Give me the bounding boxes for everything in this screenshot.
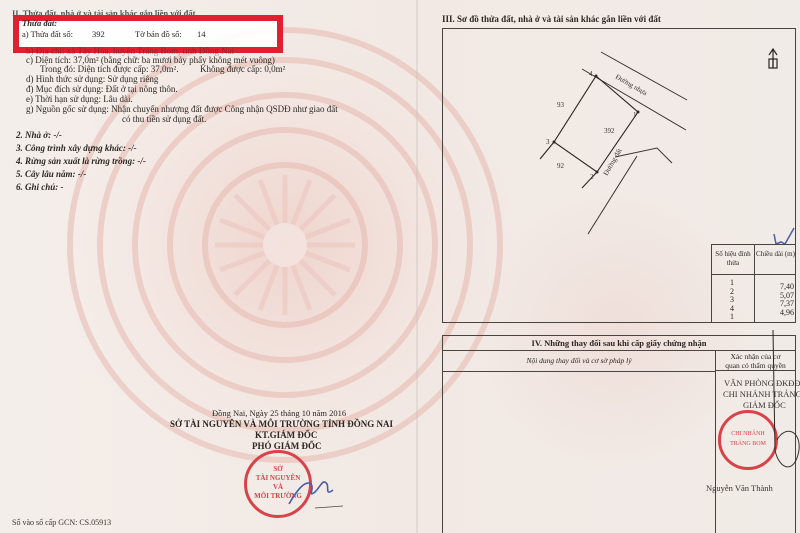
page-fold [416, 0, 418, 533]
vertex-label: 4 [589, 70, 593, 78]
map-sheet-label: Tờ bản đồ số: [135, 29, 182, 40]
table-cell-vertex: 1 [730, 313, 734, 322]
parcel-number: 392 [92, 29, 105, 40]
vertex-label: 2 [590, 173, 594, 181]
item-other-construction: 3. Công trình xây dựng khác: -/- [16, 143, 137, 154]
land-heading: Thửa đất: [22, 18, 57, 29]
item-notes: 6. Ghi chú: - [16, 182, 64, 193]
signer-role-1: KT.GIÁM ĐỐC [255, 430, 317, 441]
parcel-label: 392 [604, 127, 615, 135]
registry-number: Số vào sổ cấp GCN: CS.05913 [12, 518, 111, 527]
section-3-title: III. Sơ đồ thửa đất, nhà ở và tài sản kh… [442, 14, 661, 24]
issuer-name: SỞ TÀI NGUYÊN VÀ MÔI TRƯỜNG TỈNH ĐỒNG NA… [170, 419, 393, 430]
table-header: Chiều dài (m) [755, 245, 796, 275]
item-perennial-trees: 5. Cây lâu năm: -/- [16, 169, 86, 180]
neighbor-parcel-label: 93 [557, 101, 565, 109]
table-cell-length: 4,96 [780, 309, 794, 318]
item-forest: 4. Rừng sản xuất là rừng trồng: -/- [16, 156, 146, 167]
neighbor-parcel-label: 92 [557, 162, 565, 170]
table-header: Số hiệu đỉnh thửa [712, 245, 754, 275]
usage-origin-cont: có thu tiền sử dụng đất. [122, 114, 206, 125]
item-house: 2. Nhà ở: -/- [16, 130, 62, 141]
signature-right [715, 330, 800, 480]
issue-date: Đồng Nai, Ngày 25 tháng 10 năm 2016 [212, 408, 346, 419]
north-arrow-icon [769, 49, 777, 68]
map-sheet-number: 14 [197, 29, 206, 40]
initials-mark [774, 228, 794, 244]
office-signer-name: Nguyễn Văn Thành [706, 483, 773, 494]
vertex-label: 1 [633, 111, 637, 119]
vertex-label: 3 [546, 138, 550, 146]
vertex-length-table: Số hiệu đỉnh thửa Chiều dài (m) 17,4025,… [711, 244, 796, 322]
certificate-page: II. Thửa đất, nhà ở và tài sản khác gắn … [0, 0, 800, 533]
parcel-number-label: a) Thửa đất số: [22, 29, 73, 40]
signature-left [285, 470, 345, 510]
area-not-granted: Không được cấp: 0,0m² [200, 64, 285, 75]
changes-content-header: Nội dung thay đổi và cơ sở pháp lý [443, 351, 716, 372]
road-label: Đường đất [602, 147, 624, 177]
